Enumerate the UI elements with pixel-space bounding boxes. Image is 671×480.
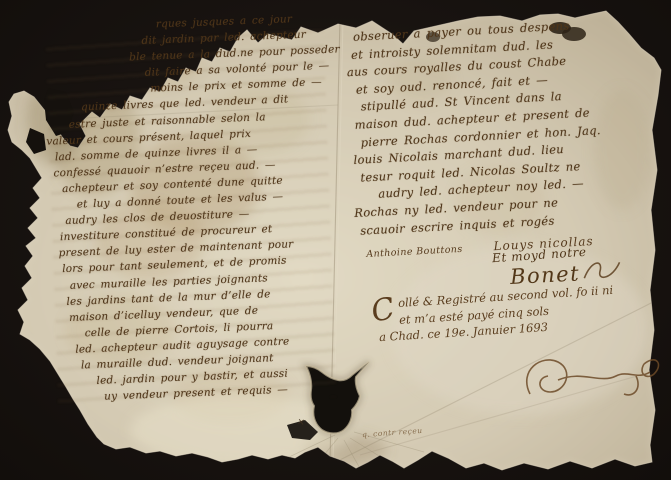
notary-paraph-icon [516,346,666,408]
signature-flourish-icon [579,256,626,284]
left-page-text: rques jusques a ce jour dit jardin par l… [38,9,355,407]
scan-background: rques jusques a ce jour dit jardin par l… [0,0,671,480]
right-page-text: obseruer a payer ou tous despens et intr… [345,13,666,240]
